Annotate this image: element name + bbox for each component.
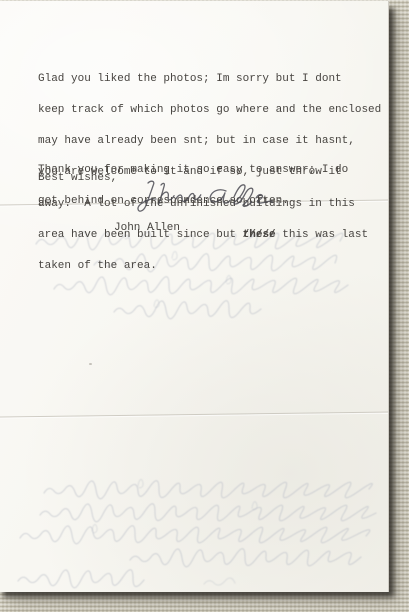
text-line: keep track of which photos go where and …	[38, 105, 381, 115]
scanned-letter-scene: Glad you liked the photos; Im sorry but …	[0, 0, 409, 612]
struck-word: these/////	[243, 230, 276, 240]
signature-handwriting	[134, 177, 284, 225]
text-line: area have been built since but these////…	[38, 230, 381, 240]
text-segment: this was last	[276, 229, 368, 241]
text-line: Glad you liked the photos; Im sorry but …	[38, 74, 381, 84]
paper-speck	[89, 363, 92, 365]
closing-salutation: Best wishes,	[38, 173, 117, 183]
overstrike-slashes: /////	[243, 230, 276, 240]
text-line: taken of the area.	[38, 261, 381, 271]
letter-page: Glad you liked the photos; Im sorry but …	[0, 1, 389, 592]
letter-body: Glad you liked the photos; Im sorry but …	[0, 1, 388, 592]
